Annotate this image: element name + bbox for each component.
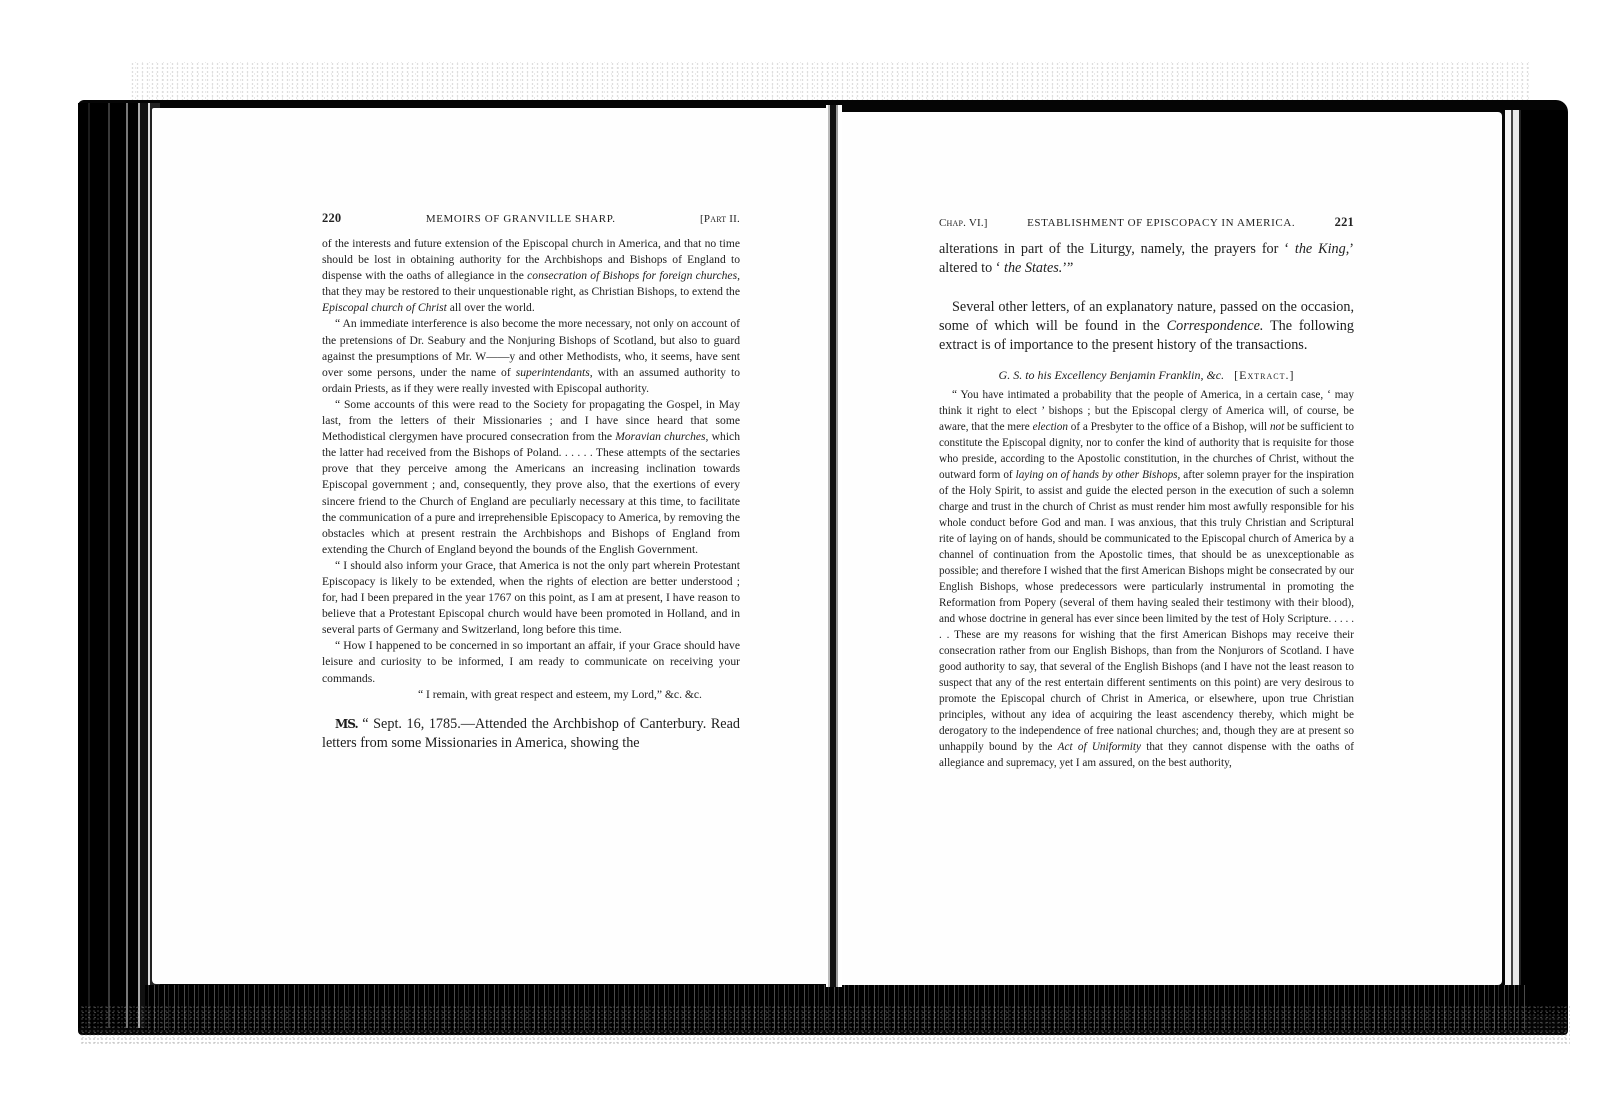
italic-text: laying on of hands by other Bishops, xyxy=(1016,469,1181,481)
italic-text: consecration of Bishops for foreign chur… xyxy=(527,269,740,282)
scan-noise-top xyxy=(130,62,1530,102)
left-running-head: 220 MEMOIRS OF GRANVILLE SHARP. [Part II… xyxy=(322,211,740,226)
part-label: [Part II. xyxy=(700,213,740,225)
italic-text: the States. xyxy=(1004,260,1062,276)
italic-text: superintendants, xyxy=(516,366,593,379)
opening-lines: alterations in part of the Liturgy, name… xyxy=(939,240,1354,278)
book-fore-edge-right xyxy=(1505,110,1567,1015)
running-title-left: MEMOIRS OF GRANVILLE SHARP. xyxy=(426,213,616,225)
running-title-right: ESTABLISHMENT OF EPISCOPACY IN AMERICA. xyxy=(1027,217,1295,229)
text-run: which the latter had received from the B… xyxy=(322,430,740,556)
paragraph: “ How I happened to be concerned in so i… xyxy=(322,638,740,686)
italic-text: Moravian churches, xyxy=(615,430,708,443)
page-number-right: 221 xyxy=(1335,215,1354,230)
paragraph: “ Some accounts of this were read to the… xyxy=(322,397,740,558)
right-running-head: Chap. VI.] ESTABLISHMENT OF EPISCOPACY I… xyxy=(939,215,1354,230)
italic-text: Episcopal church of Christ xyxy=(322,301,447,314)
intro-paragraph: Several other letters, of an explanatory… xyxy=(939,298,1354,355)
text-run: of a Presbyter to the office of a Bishop… xyxy=(1068,421,1270,433)
left-page-body: of the interests and future extension of… xyxy=(322,236,740,753)
text-run: that they may be restored to their unque… xyxy=(322,285,740,298)
text-run: alterations in part of the Liturgy, name… xyxy=(939,241,1295,257)
italic-text: election xyxy=(1033,421,1068,433)
paragraph: “ I should also inform your Grace, that … xyxy=(322,558,740,638)
italic-text: the King, xyxy=(1295,241,1349,257)
left-page: 220 MEMOIRS OF GRANVILLE SHARP. [Part II… xyxy=(152,108,827,984)
italic-text: Act of Uniformity xyxy=(1058,741,1141,753)
paragraph: of the interests and future extension of… xyxy=(322,236,740,316)
right-page: Chap. VI.] ESTABLISHMENT OF EPISCOPACY I… xyxy=(842,112,1502,985)
paragraph: “ I remain, with great respect and estee… xyxy=(322,687,740,703)
text-run: all over the world. xyxy=(447,301,535,314)
ms-entry-text: “ Sept. 16, 1785.—Attended the Archbisho… xyxy=(322,716,740,751)
page-number-left: 220 xyxy=(322,211,341,226)
extract-heading-title: G. S. to his Excellency Benjamin Frankli… xyxy=(999,368,1225,382)
right-page-body: alterations in part of the Liturgy, name… xyxy=(939,240,1354,771)
chapter-label: Chap. VI.] xyxy=(939,217,988,229)
italic-text: not xyxy=(1270,421,1284,433)
extract-tag: [Extract.] xyxy=(1234,368,1294,382)
text-run: ’” xyxy=(1062,260,1073,276)
text-run: “ How I happened to be concerned in so i… xyxy=(322,639,740,684)
italic-text: Correspondence. xyxy=(1167,318,1264,334)
paragraph: “ An immediate interference is also beco… xyxy=(322,316,740,396)
text-run: “ I remain, with great respect and estee… xyxy=(418,688,702,701)
text-run: after solemn prayer for the inspiration … xyxy=(939,469,1354,753)
extract-body: “ You have intimated a probability that … xyxy=(939,387,1354,771)
book-gutter xyxy=(826,105,842,987)
ms-entry: MS. “ Sept. 16, 1785.—Attended the Archb… xyxy=(322,715,740,753)
scan-noise-bottom xyxy=(80,1005,1570,1045)
left-paragraphs: of the interests and future extension of… xyxy=(322,236,740,703)
text-run: “ I should also inform your Grace, that … xyxy=(322,559,740,636)
ms-mark: MS. xyxy=(335,717,358,731)
book-spine-left-edge xyxy=(78,103,160,1028)
extract-heading: G. S. to his Excellency Benjamin Frankli… xyxy=(939,367,1354,383)
